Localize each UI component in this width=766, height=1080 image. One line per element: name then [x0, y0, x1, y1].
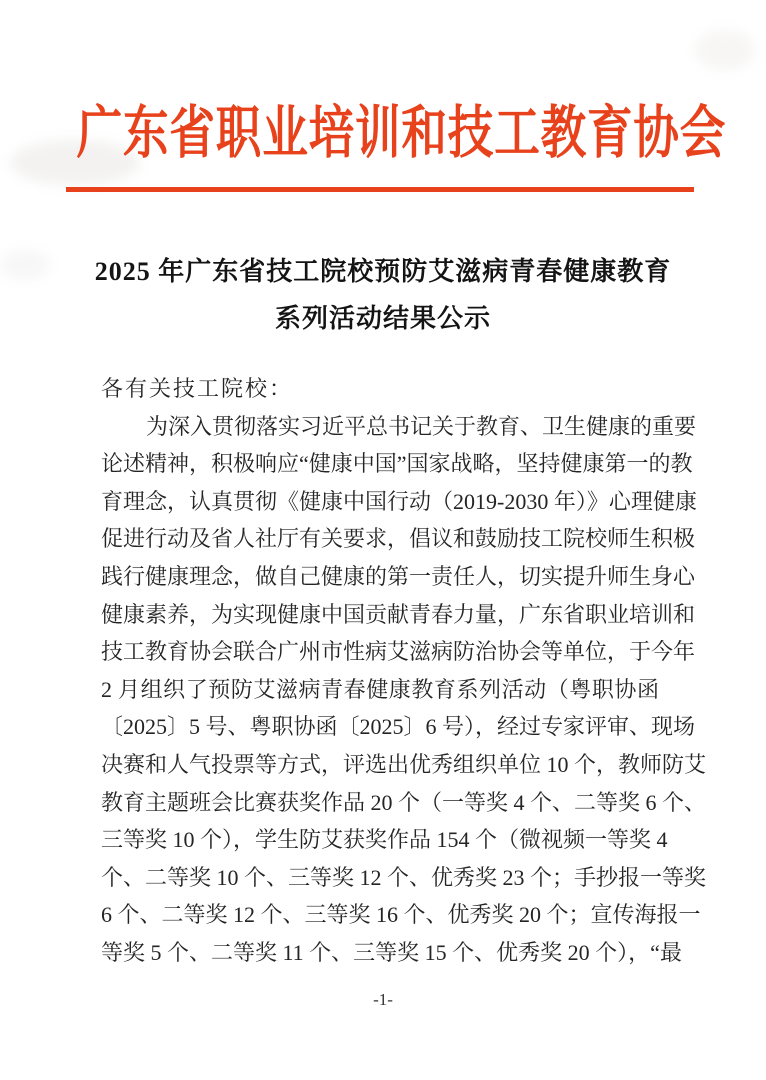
body-line: 育理念，认真贯彻《健康中国行动（2019-2030 年）》心理健康	[101, 483, 659, 521]
body-line: 教育主题班会比赛获奖作品 20 个（一等奖 4 个、二等奖 6 个、	[101, 784, 659, 822]
body-line: 6 个、二等奖 12 个、三等奖 16 个、优秀奖 20 个；宣传海报一	[101, 896, 659, 934]
scan-artifact	[695, 30, 755, 70]
title-line-2: 系列活动结果公示	[60, 295, 706, 342]
salutation: 各有关技工院校：	[101, 370, 659, 408]
body-line: 践行健康理念，做自己健康的第一责任人，切实提升师生身心	[101, 558, 659, 596]
body-line: 2 月组织了预防艾滋病青春健康教育系列活动（粤职协函	[101, 671, 659, 709]
body-line: 为深入贯彻落实习近平总书记关于教育、卫生健康的重要	[101, 408, 659, 446]
body-line: 等奖 5 个、二等奖 11 个、三等奖 15 个、优秀奖 20 个），“最	[101, 934, 659, 972]
document-body: 各有关技工院校： 为深入贯彻落实习近平总书记关于教育、卫生健康的重要论述精神，积…	[101, 370, 659, 972]
title-line-1: 2025 年广东省技工院校预防艾滋病青春健康教育	[60, 248, 706, 295]
page-number: -1-	[373, 990, 393, 1009]
scan-artifact	[0, 250, 50, 280]
letterhead-rule	[66, 187, 694, 192]
body-line: 决赛和人气投票等方式，评选出优秀组织单位 10 个，教师防艾	[101, 746, 659, 784]
body-line: 〔2025〕5 号、粤职协函〔2025〕6 号），经过专家评审、现场	[101, 708, 659, 746]
body-paragraph: 为深入贯彻落实习近平总书记关于教育、卫生健康的重要论述精神，积极响应“健康中国”…	[101, 408, 659, 972]
org-name: 广东省职业培训和技工教育协会	[77, 98, 690, 170]
body-line: 三等奖 10 个），学生防艾获奖作品 154 个（微视频一等奖 4	[101, 821, 659, 859]
body-line: 促进行动及省人社厅有关要求，倡议和鼓励技工院校师生积极	[101, 520, 659, 558]
page-footer: -1-	[0, 988, 766, 1012]
document-page: 广东省职业培训和技工教育协会 2025 年广东省技工院校预防艾滋病青春健康教育 …	[0, 0, 766, 1080]
body-line: 个、二等奖 10 个、三等奖 12 个、优秀奖 23 个；手抄报一等奖	[101, 859, 659, 897]
body-line: 技工教育协会联合广州市性病艾滋病防治协会等单位，于今年	[101, 633, 659, 671]
document-title: 2025 年广东省技工院校预防艾滋病青春健康教育 系列活动结果公示	[60, 248, 706, 342]
body-line: 健康素养，为实现健康中国贡献青春力量，广东省职业培训和	[101, 596, 659, 634]
body-line: 论述精神，积极响应“健康中国”国家战略，坚持健康第一的教	[101, 445, 659, 483]
